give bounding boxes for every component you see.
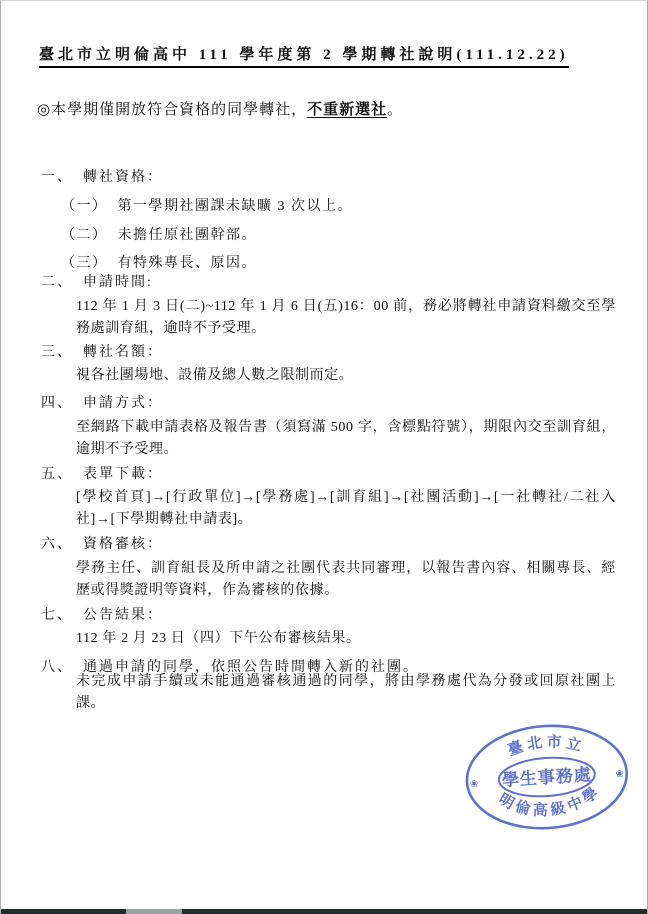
section-heading-text: 轉社資格：	[83, 166, 163, 186]
section-number: 六、	[41, 533, 73, 553]
section-number: 八、	[41, 656, 73, 676]
section-4-heading: 四、 申請方式：	[41, 392, 163, 412]
notice-prefix: ◎本學期僅開放符合資格的同學轉社，	[37, 102, 307, 118]
section-5-body: [學校首頁]→[行政單位]→[學務處]→[訓育組]→[社團活動]→[一社轉社/二…	[76, 487, 616, 531]
page-bottom-edge-highlight	[126, 909, 182, 914]
section-1-heading: 一、 轉社資格：	[41, 166, 163, 186]
notice-line: ◎本學期僅開放符合資格的同學轉社，不重新選社。	[37, 98, 403, 119]
document-page: 臺北市立明倫高中 111 學年度第 2 學期轉社說明(111.12.22) ◎本…	[0, 0, 648, 914]
section-3-body: 視各社團場地、設備及總人數之限制而定。	[76, 365, 616, 387]
section-2-body: 112 年 1 月 3 日(二)~112 年 1 月 6 日(五)16：00 前…	[76, 296, 616, 340]
seal-flower-right-icon: ❀	[615, 769, 624, 781]
section-heading-text: 申請時間:	[83, 271, 153, 291]
section-heading-text: 轉社名額：	[83, 341, 163, 361]
section-heading-text: 申請方式：	[83, 392, 163, 412]
notice-suffix: 。	[387, 102, 403, 118]
section-4-body: 至網路下載申請表格及報告書（須寫滿 500 字，含標點符號），期限內交至訓育組，…	[76, 417, 616, 461]
section-number: 五、	[41, 463, 73, 483]
section-heading-text: 公告結果：	[83, 604, 163, 624]
section-number: 七、	[41, 604, 73, 624]
section-7-body: 112 年 2 月 23 日（四）下午公布審核結果。	[76, 628, 616, 650]
notice-emphasis: 不重新選社	[307, 102, 387, 118]
section-heading-text: 資格審核：	[83, 533, 163, 553]
section-1-item-2: （二）未擔任原社團幹部。	[61, 224, 257, 244]
item-text: 第一學期社團課未缺曠 3 次以上。	[118, 199, 354, 214]
page-bottom-edge	[1, 909, 648, 914]
section-1-item-1: （一）第一學期社團課未缺曠 3 次以上。	[61, 195, 353, 215]
seal-flower-left-icon: ❀	[470, 779, 479, 791]
section-number: 一、	[41, 166, 73, 186]
item-text: 有特殊專長、原因。	[118, 256, 258, 271]
document-title: 臺北市立明倫高中 111 學年度第 2 學期轉社說明(111.12.22)	[39, 47, 569, 68]
item-number: （三）	[61, 256, 108, 271]
seal-center-text: 學生事務處	[500, 764, 592, 790]
official-seal: 臺 北 市 立 明 倫 高 級 中 學 學生事務處 ❀ ❀	[457, 715, 637, 844]
item-text: 未擔任原社團幹部。	[118, 228, 258, 243]
section-5-heading: 五、 表單下載：	[41, 463, 163, 483]
section-number: 四、	[41, 392, 73, 412]
section-number: 三、	[41, 341, 73, 361]
section-6-heading: 六、 資格審核：	[41, 533, 163, 553]
section-3-heading: 三、 轉社名額：	[41, 341, 163, 361]
section-8-body: 未完成申請手續或未能通過審核通過的同學，將由學務處代為分發或回原社團上課。	[76, 671, 616, 715]
section-2-heading: 二、 申請時間:	[41, 271, 153, 291]
item-number: （二）	[61, 228, 108, 243]
section-7-heading: 七、 公告結果：	[41, 604, 163, 624]
section-heading-text: 表單下載：	[83, 463, 163, 483]
section-1-item-3: （三）有特殊專長、原因。	[61, 252, 257, 272]
section-6-body: 學務主任、訓育組長及所申請之社團代表共同審理，以報告書內容、相關專長、經歷或得獎…	[76, 558, 616, 602]
seal-top-arc-text: 臺 北 市 立	[505, 730, 585, 760]
item-number: （一）	[61, 199, 108, 214]
section-number: 二、	[41, 271, 73, 291]
